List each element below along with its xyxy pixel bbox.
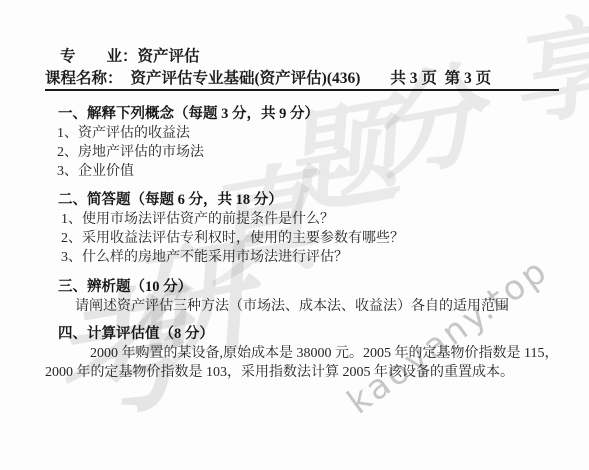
section-definitions: 一、解释下列概念（每题 3 分，共 9 分） 1、资产评估的收益法 2、房地产评… [45,105,559,181]
question-paragraph-line: 2000 年购置的某设备,原始成本是 38000 元。2005 年的定基物价指数… [45,344,559,363]
question-item: 3、什么样的房地产不能采用市场法进行评估？ [61,248,559,267]
document-content: 专 业：资产评估 课程名称： 资产评估专业基础(资产评估)(436) 共 3 页… [0,0,589,382]
page-indicator: 共 3 页 第 3 页 [390,69,491,88]
section-title: 三、辨析题（10 分） [58,278,559,297]
question-item: 3、企业价值 [57,162,559,181]
major-line: 专 业：资产评估 [60,45,559,69]
section-analysis: 三、辨析题（10 分） 请阐述资产评估三种方法（市场法、成本法、收益法）各自的适… [45,278,559,316]
section-calculation: 四、计算评估值（8 分） 2000 年购置的某设备,原始成本是 38000 元。… [45,325,559,382]
section-short-answer: 二、简答题（每题 6 分，共 18 分） 1、使用市场法评估资产的前提条件是什么… [45,191,559,267]
course-label: 课程名称： [45,69,123,88]
major-label: 专 业： [60,48,138,65]
question-item: 2、房地产评估的市场法 [57,143,559,162]
question-item: 1、资产评估的收益法 [57,124,559,143]
question-item: 请阐述资产评估三种方法（市场法、成本法、收益法）各自的适用范围 [75,297,559,316]
section-title: 二、简答题（每题 6 分，共 18 分） [58,191,559,210]
section-title: 一、解释下列概念（每题 3 分，共 9 分） [58,105,559,124]
major-value: 资产评估 [138,48,200,65]
question-item: 2、采用收益法评估专利权时，使用的主要参数有哪些？ [61,229,559,248]
course-line: 课程名称： 资产评估专业基础(资产评估)(436) 共 3 页 第 3 页 [45,69,559,91]
question-item: 1、使用市场法评估资产的前提条件是什么？ [61,210,559,229]
course-value: 资产评估专业基础(资产评估)(436) [131,69,361,88]
exam-paper-page: 考 研 真 题 分 享 kaoyany.top 专 业：资产评估 课程名称： 资… [0,0,589,470]
question-paragraph-line: 2000 年的定基物价指数是 103，采用指数法计算 2005 年该设备的重置成… [45,363,559,382]
section-title: 四、计算评估值（8 分） [58,325,559,344]
